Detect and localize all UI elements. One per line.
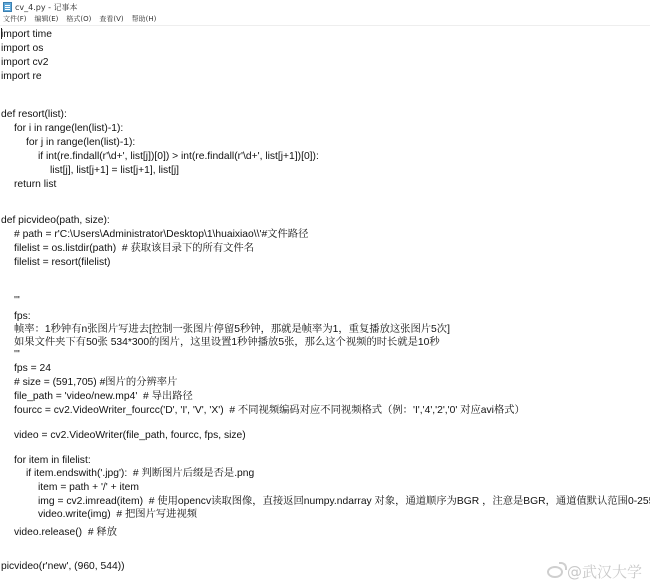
text-caret	[1, 28, 2, 39]
code-line: if item.endswith('.jpg'): # 判断图片后缀是否是.pn…	[26, 467, 254, 480]
code-line: filelist = resort(filelist)	[14, 256, 110, 269]
code-line: import os	[1, 42, 43, 55]
code-line: fourcc = cv2.VideoWriter_fourcc('D', 'I'…	[14, 404, 525, 417]
code-line: item = path + '/' + item	[38, 481, 139, 494]
code-line: '''	[14, 348, 20, 361]
code-line: return list	[14, 178, 56, 191]
code-line: file_path = 'video/new.mp4' # 导出路径	[14, 390, 193, 403]
code-line: # size = (591,705) #图片的分辨率片	[14, 376, 177, 389]
code-line: import cv2	[1, 56, 49, 69]
code-line: for item in filelist:	[14, 454, 91, 467]
menu-file[interactable]: 文件(F)	[3, 14, 27, 24]
title-bar: cv_4.py - 记事本	[0, 0, 650, 14]
code-line: fps:	[14, 310, 31, 323]
code-line: 帧率：1秒钟有n张图片写进去[控制一张图片停留5秒钟，那就是帧率为1，重复播放这…	[14, 323, 450, 336]
code-line: def picvideo(path, size):	[1, 214, 110, 227]
code-line: video.release() # 释放	[14, 526, 117, 539]
code-line: '''	[14, 294, 20, 307]
code-line: 如果文件夹下有50张 534*300的图片，这里设置1秒钟播放5张，那么这个视频…	[14, 336, 440, 349]
code-line: video.write(img) # 把图片写进视频	[38, 508, 197, 521]
code-line: import re	[1, 70, 42, 83]
code-line: picvideo(r'new', (960, 544))	[1, 560, 125, 573]
text-editor-area[interactable]: import timeimport osimport cv2import red…	[0, 26, 650, 588]
menu-bar: 文件(F) 编辑(E) 格式(O) 查看(V) 帮助(H)	[0, 13, 650, 26]
code-line: for i in range(len(list)-1):	[14, 122, 123, 135]
code-line: if int(re.findall(r'\d+', list[j])[0]) >…	[38, 150, 319, 163]
code-line: video = cv2.VideoWriter(file_path, fourc…	[14, 429, 246, 442]
code-line: list[j], list[j+1] = list[j+1], list[j]	[50, 164, 179, 177]
code-line: def resort(list):	[1, 108, 67, 121]
window-title: cv_4.py - 记事本	[15, 2, 78, 13]
menu-format[interactable]: 格式(O)	[66, 14, 91, 24]
notepad-icon	[3, 2, 12, 12]
code-line: fps = 24	[14, 362, 51, 375]
menu-view[interactable]: 查看(V)	[99, 14, 123, 24]
menu-edit[interactable]: 编辑(E)	[35, 14, 59, 24]
weibo-icon	[547, 566, 563, 578]
code-line: img = cv2.imread(item) # 使用opencv读取图像，直接…	[38, 495, 650, 508]
menu-help[interactable]: 帮助(H)	[132, 14, 157, 24]
code-line: # path = r'C:\Users\Administrator\Deskto…	[14, 228, 308, 241]
watermark: @武汉大学	[547, 561, 642, 582]
code-line: filelist = os.listdir(path) # 获取该目录下的所有文…	[14, 242, 254, 255]
code-line: import time	[1, 28, 52, 41]
watermark-text: @武汉大学	[567, 561, 642, 582]
code-line: for j in range(len(list)-1):	[26, 136, 135, 149]
